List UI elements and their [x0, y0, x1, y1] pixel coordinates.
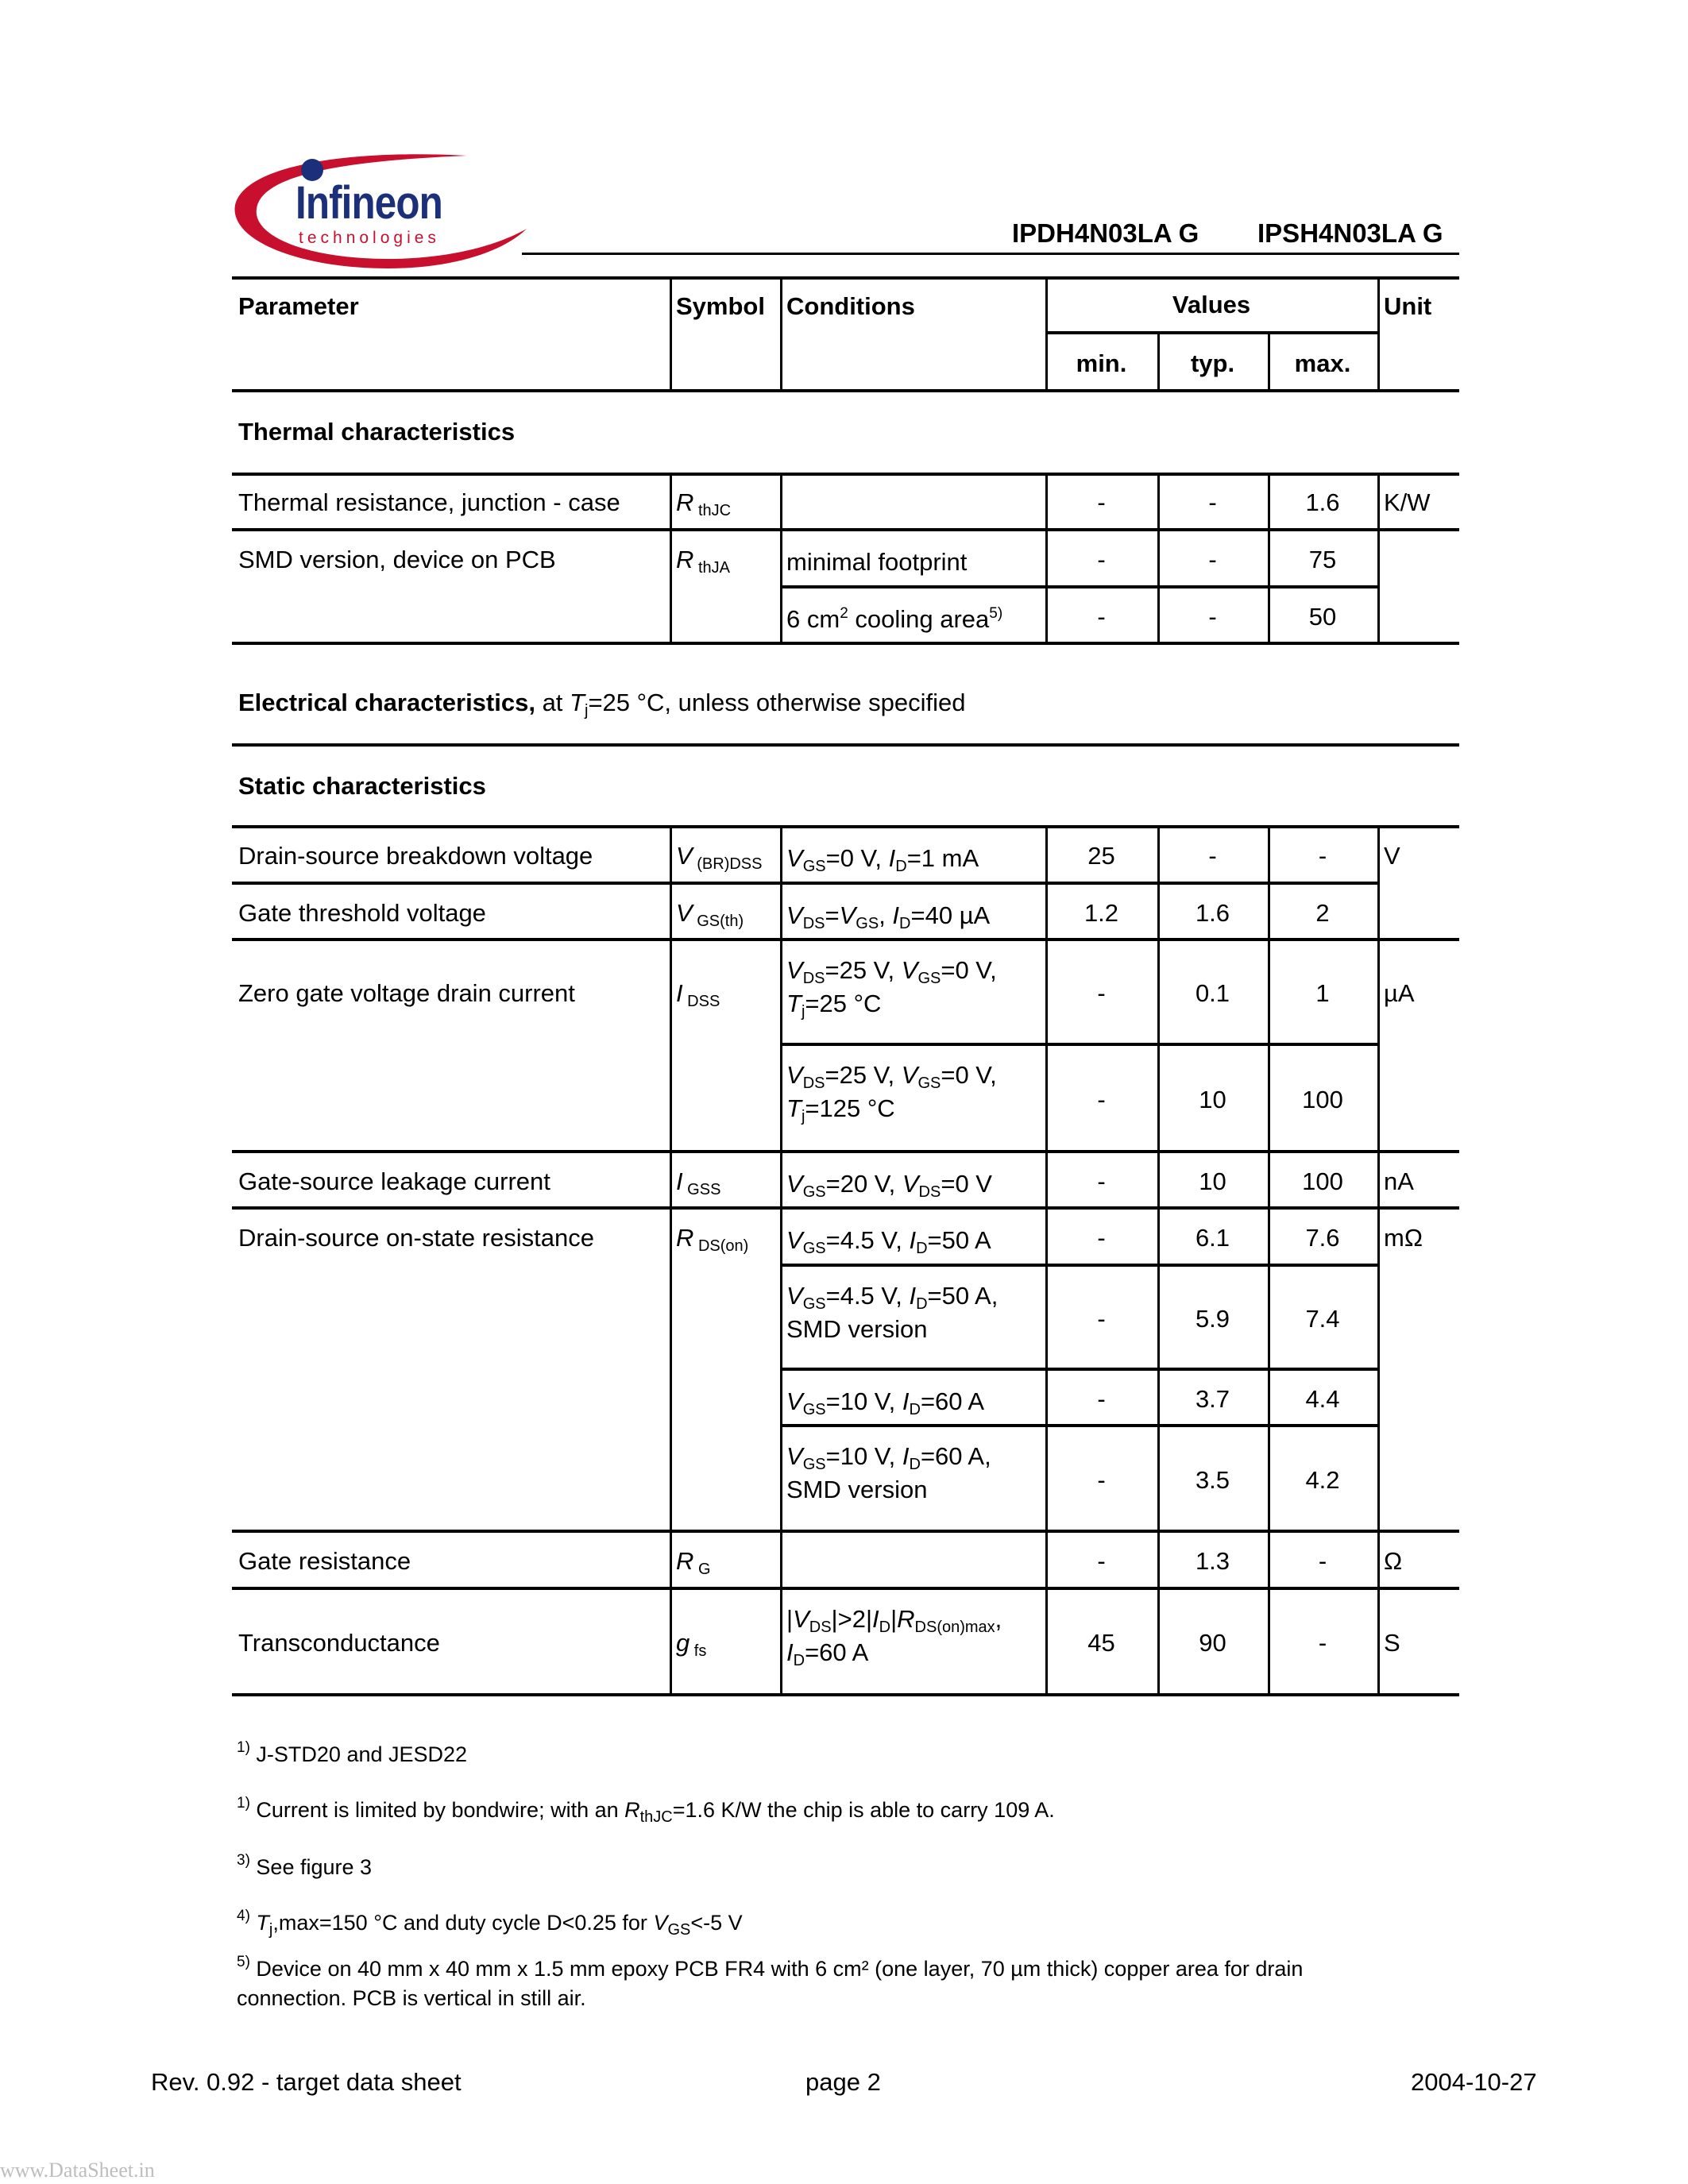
parameter-cell: Zero gate voltage drain current [238, 979, 575, 1008]
symbol-subscript: GS(th) [693, 913, 744, 930]
value-typ: 1.3 [1157, 1547, 1268, 1576]
value-max: 100 [1268, 1086, 1377, 1114]
symbol-cell: I DSS [676, 979, 720, 1008]
row-rule [232, 1206, 1459, 1210]
thermal-top-rule [232, 473, 1459, 476]
row-rule [232, 1150, 1459, 1153]
value-max: 4.2 [1268, 1466, 1377, 1495]
header-rule [522, 253, 1459, 255]
column-divider [670, 587, 672, 645]
value-max: 50 [1268, 603, 1377, 631]
footer-date: 2004-10-27 [1411, 2068, 1537, 2097]
value-min: - [1045, 979, 1157, 1008]
column-divider [1377, 1044, 1380, 1153]
divider [1045, 331, 1377, 334]
column-divider [1045, 1208, 1048, 1267]
conditions-cell: 6 cm2 cooling area5) [786, 603, 1041, 636]
value-min: 25 [1045, 842, 1157, 870]
row-rule [232, 938, 1459, 941]
unit-cell: µA [1384, 979, 1415, 1008]
column-divider [780, 825, 782, 885]
value-max: 7.6 [1268, 1224, 1377, 1252]
column-divider [780, 1531, 782, 1590]
value-min: - [1045, 1305, 1157, 1333]
column-divider [670, 1265, 672, 1371]
symbol-cell: R thJA [676, 546, 730, 574]
row-rule [232, 1530, 1459, 1533]
column-divider [780, 587, 782, 645]
column-divider [1157, 940, 1160, 1046]
column-divider [1045, 587, 1048, 645]
symbol-main: R [676, 1224, 693, 1252]
column-divider [1377, 1531, 1380, 1590]
symbol-main: V [676, 899, 693, 927]
column-divider [670, 530, 672, 588]
value-typ: 3.5 [1157, 1466, 1268, 1495]
symbol-cell: I GSS [676, 1167, 720, 1196]
value-max: 100 [1268, 1167, 1377, 1196]
symbol-main: I [676, 979, 683, 1007]
column-divider [1268, 1531, 1270, 1590]
value-min: - [1045, 1466, 1157, 1495]
conditions-cell: VGS=20 V, VDS=0 V [786, 1167, 1041, 1201]
column-divider [1268, 825, 1270, 885]
divider [670, 278, 672, 391]
column-divider [1157, 1426, 1160, 1533]
symbol-cell: g fs [676, 1629, 706, 1657]
value-typ: - [1157, 842, 1268, 870]
parameter-cell: Gate threshold voltage [238, 899, 486, 928]
infineon-logo: Infineon technologies [229, 149, 531, 276]
row-rule [232, 1587, 1459, 1590]
static-top-rule [232, 825, 1459, 828]
conditions-cell: VGS=0 V, ID=1 mA [786, 842, 1041, 875]
column-divider [1268, 1426, 1270, 1533]
unit-cell: Ω [1384, 1547, 1402, 1576]
value-typ: - [1157, 546, 1268, 574]
column-divider [1157, 1588, 1160, 1696]
unit-cell: V [1384, 842, 1400, 870]
column-divider [1045, 1265, 1048, 1371]
electrical-heading-bold: Electrical characteristics, [238, 689, 535, 716]
column-divider [1045, 1588, 1048, 1696]
symbol-main: I [676, 1167, 683, 1195]
value-typ: 6.1 [1157, 1224, 1268, 1252]
symbol-main: g [676, 1629, 689, 1657]
symbol-subscript: G [693, 1561, 710, 1578]
conditions-cell: VDS=25 V, VGS=0 V, Tj=125 °C [786, 1059, 1041, 1125]
column-divider [1377, 587, 1380, 645]
footnote-mark: 4) [237, 1908, 250, 1924]
column-divider [1377, 530, 1380, 588]
part-number-1: IPDH4N03LA G [1012, 219, 1199, 248]
column-divider [780, 1265, 782, 1371]
value-typ: - [1157, 603, 1268, 631]
column-divider [670, 1369, 672, 1427]
symbol-subscript: (BR)DSS [693, 855, 763, 873]
watermark: www.DataSheet.in [0, 2159, 155, 2182]
value-min: - [1045, 1086, 1157, 1114]
parameter-cell: SMD version, device on PCB [238, 546, 556, 574]
electrical-heading-symbol: T [570, 689, 585, 716]
table-top-rule [232, 276, 1459, 280]
column-divider [1268, 473, 1270, 531]
column-divider [780, 1208, 782, 1267]
value-typ: 3.7 [1157, 1385, 1268, 1414]
column-divider [1377, 1208, 1380, 1267]
column-divider [780, 1588, 782, 1696]
footnote: 5) Device on 40 mm x 40 mm x 1.5 mm epox… [237, 1954, 1396, 2013]
column-divider [1268, 1152, 1270, 1210]
logo-tagline: technologies [299, 229, 440, 248]
column-divider [1045, 825, 1048, 885]
conditions-cell: VGS=4.5 V, ID=50 A [786, 1224, 1041, 1257]
footnote-text: Current is limited by bondwire; with an … [256, 1798, 1054, 1822]
column-divider [1157, 825, 1160, 885]
footnote-text: J-STD20 and JESD22 [256, 1742, 467, 1766]
column-divider [1157, 530, 1160, 588]
symbol-main: R [676, 1547, 693, 1575]
parameter-cell: Gate-source leakage current [238, 1167, 550, 1196]
footnote-mark: 5) [237, 1954, 250, 1970]
value-typ: 10 [1157, 1167, 1268, 1196]
electrical-rule [232, 743, 1459, 747]
parameter-cell: Gate resistance [238, 1547, 411, 1576]
section-heading-electrical: Electrical characteristics, at Tj=25 °C,… [238, 689, 966, 717]
column-divider [1045, 1369, 1048, 1427]
column-divider [1157, 1369, 1160, 1427]
column-divider [780, 1426, 782, 1533]
column-divider [670, 825, 672, 885]
table-header-bottom-rule [232, 389, 1459, 392]
value-max: 2 [1268, 899, 1377, 928]
conditions-cell: VGS=10 V, ID=60 A, SMD version [786, 1440, 1041, 1507]
value-min: - [1045, 1167, 1157, 1196]
footnote: 1) Current is limited by bondwire; with … [237, 1797, 1396, 1823]
col-header-parameter: Parameter [238, 292, 359, 321]
footer-revision: Rev. 0.92 - target data sheet [151, 2068, 462, 2097]
value-typ: 0.1 [1157, 979, 1268, 1008]
column-divider [1157, 1208, 1160, 1267]
column-divider [1045, 883, 1048, 941]
row-rule-partial [780, 1043, 1380, 1046]
column-divider [1377, 940, 1380, 1046]
column-divider [1045, 1426, 1048, 1533]
value-max: 7.4 [1268, 1305, 1377, 1333]
symbol-subscript: fs [689, 1642, 706, 1660]
column-divider [1268, 1369, 1270, 1427]
value-max: 1.6 [1268, 488, 1377, 517]
value-typ: 5.9 [1157, 1305, 1268, 1333]
section-heading-static: Static characteristics [238, 772, 486, 801]
electrical-heading-text: =25 °C, unless otherwise specified [588, 689, 965, 716]
column-divider [1377, 1426, 1380, 1533]
column-divider [670, 1208, 672, 1267]
column-divider [1268, 1588, 1270, 1696]
column-divider [1157, 587, 1160, 645]
symbol-main: R [676, 488, 693, 516]
value-min: - [1045, 1547, 1157, 1576]
unit-cell: S [1384, 1629, 1400, 1657]
conditions-cell: VGS=10 V, ID=60 A [786, 1385, 1041, 1418]
column-divider [780, 530, 782, 588]
column-divider [1157, 883, 1160, 941]
value-typ: 90 [1157, 1629, 1268, 1657]
column-divider [780, 1369, 782, 1427]
column-divider [1268, 1044, 1270, 1153]
column-divider [1377, 1588, 1380, 1696]
symbol-cell: R G [676, 1547, 711, 1576]
column-divider [1045, 940, 1048, 1046]
column-divider [1377, 473, 1380, 531]
column-divider [670, 883, 672, 941]
col-header-conditions: Conditions [786, 292, 915, 321]
section-heading-thermal: Thermal characteristics [238, 418, 515, 446]
unit-cell: K/W [1384, 488, 1431, 517]
value-min: - [1045, 488, 1157, 517]
symbol-main: V [676, 842, 693, 870]
unit-cell: nA [1384, 1167, 1414, 1196]
column-divider [1377, 825, 1380, 885]
col-header-min: min. [1045, 349, 1157, 378]
symbol-cell: R DS(on) [676, 1224, 748, 1252]
footnote-text: Device on 40 mm x 40 mm x 1.5 mm epoxy P… [237, 1957, 1303, 2010]
column-divider [670, 1531, 672, 1590]
column-divider [1157, 1152, 1160, 1210]
electrical-heading-text: at [535, 689, 570, 716]
column-divider [670, 1152, 672, 1210]
column-divider [1377, 883, 1380, 941]
conditions-cell: VDS=25 V, VGS=0 V, Tj=25 °C [786, 954, 1041, 1021]
column-divider [780, 940, 782, 1046]
column-divider [1268, 530, 1270, 588]
column-divider [780, 883, 782, 941]
column-divider [670, 1426, 672, 1533]
column-divider [1377, 1265, 1380, 1371]
column-divider [1268, 587, 1270, 645]
value-min: 1.2 [1045, 899, 1157, 928]
symbol-subscript: thJA [693, 559, 730, 577]
footnote: 1) J-STD20 and JESD22 [237, 1742, 1396, 1767]
row-rule-partial [780, 585, 1380, 588]
symbol-subscript: DSS [683, 993, 720, 1010]
part-number-2: IPSH4N03LA G [1257, 219, 1443, 248]
column-divider [1045, 1152, 1048, 1210]
footnote-text: Tj,max=150 °C and duty cycle D<0.25 for … [256, 1911, 742, 1935]
col-header-symbol: Symbol [676, 292, 765, 321]
parameter-cell: Drain-source on-state resistance [238, 1224, 594, 1252]
row-rule [232, 528, 1459, 531]
row-rule [232, 882, 1380, 885]
column-divider [1268, 1208, 1270, 1267]
symbol-main: R [676, 546, 693, 573]
column-divider [1377, 1152, 1380, 1210]
row-rule [232, 1693, 1459, 1696]
column-divider [780, 473, 782, 531]
symbol-cell: V (BR)DSS [676, 842, 762, 870]
value-min: - [1045, 1385, 1157, 1414]
value-min: 45 [1045, 1629, 1157, 1657]
unit-cell: mΩ [1384, 1224, 1423, 1252]
row-rule-partial [780, 1264, 1380, 1267]
footnote-mark: 3) [237, 1852, 250, 1869]
value-min: - [1045, 1224, 1157, 1252]
column-divider [1157, 1044, 1160, 1153]
symbol-cell: R thJC [676, 488, 731, 517]
divider [1377, 278, 1380, 391]
column-divider [1377, 1369, 1380, 1427]
symbol-cell: V GS(th) [676, 899, 744, 928]
column-divider [670, 473, 672, 531]
row-rule [232, 642, 1459, 645]
column-divider [1045, 1531, 1048, 1590]
column-divider [780, 1152, 782, 1210]
value-min: - [1045, 603, 1157, 631]
footnote-mark: 1) [237, 1795, 250, 1812]
row-rule-partial [780, 1368, 1380, 1371]
conditions-cell: VDS=VGS, ID=40 µA [786, 899, 1041, 932]
conditions-cell: minimal footprint [786, 546, 1041, 579]
parameter-cell: Transconductance [238, 1629, 440, 1657]
column-divider [1157, 1531, 1160, 1590]
value-max: 4.4 [1268, 1385, 1377, 1414]
column-divider [780, 1044, 782, 1153]
column-divider [1045, 473, 1048, 531]
column-divider [1268, 940, 1270, 1046]
column-divider [1157, 1265, 1160, 1371]
value-typ: 10 [1157, 1086, 1268, 1114]
logo-brand: Infineon [295, 179, 442, 227]
symbol-subscript: GSS [683, 1181, 721, 1198]
column-divider [670, 1588, 672, 1696]
value-typ: 1.6 [1157, 899, 1268, 928]
parameter-cell: Drain-source breakdown voltage [238, 842, 593, 870]
parameter-cell: Thermal resistance, junction - case [238, 488, 620, 517]
value-max: 75 [1268, 546, 1377, 574]
conditions-cell: VGS=4.5 V, ID=50 A, SMD version [786, 1279, 1041, 1346]
footnote: 3) See figure 3 [237, 1854, 1396, 1880]
column-divider [1045, 530, 1048, 588]
footnote-text: See figure 3 [256, 1855, 372, 1879]
column-divider [670, 1044, 672, 1153]
footnote-mark: 1) [237, 1739, 250, 1756]
value-max: - [1268, 1629, 1377, 1657]
column-divider [1268, 1265, 1270, 1371]
col-header-typ: typ. [1157, 349, 1268, 378]
row-rule-partial [780, 1424, 1380, 1427]
symbol-subscript: DS(on) [693, 1237, 748, 1255]
value-typ: - [1157, 488, 1268, 517]
value-min: - [1045, 546, 1157, 574]
column-divider [1268, 883, 1270, 941]
column-divider [670, 940, 672, 1046]
divider [780, 278, 782, 391]
footnote: 4) Tj,max=150 °C and duty cycle D<0.25 f… [237, 1910, 1396, 1935]
col-header-values: Values [1045, 291, 1377, 319]
value-max: - [1268, 842, 1377, 870]
col-header-unit: Unit [1384, 292, 1431, 321]
footer-page: page 2 [805, 2068, 881, 2097]
conditions-cell: |VDS|>2|ID|RDS(on)max, ID=60 A [786, 1603, 1041, 1669]
column-divider [1045, 1044, 1048, 1153]
col-header-max: max. [1268, 349, 1377, 378]
symbol-subscript: thJC [693, 502, 731, 519]
value-max: 1 [1268, 979, 1377, 1008]
value-max: - [1268, 1547, 1377, 1576]
column-divider [1157, 473, 1160, 531]
